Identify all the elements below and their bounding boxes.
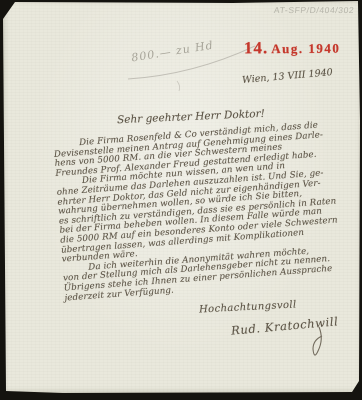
letter-body: Die Firma Rosenfeld & Co verständigt mic… bbox=[53, 121, 332, 303]
handwritten-date: Wien, 13 VIII 1940 bbox=[242, 67, 333, 86]
signature: Rud. Kratochwill bbox=[231, 314, 339, 337]
date-stamp: 14.Aug. 1940 bbox=[244, 38, 341, 59]
closing: Hochachtungsvoll bbox=[199, 299, 297, 315]
letter-paper: AT-SFP/D/404/302 800.— zu Hd 14.Aug. 194… bbox=[3, 1, 360, 393]
archive-reference: AT-SFP/D/404/302 bbox=[273, 5, 354, 15]
salutation: Sehr geehrter Herr Doktor! bbox=[117, 108, 265, 126]
stamp-day: 14. bbox=[244, 38, 268, 57]
scanned-letter-screenshot: AT-SFP/D/404/302 800.— zu Hd 14.Aug. 194… bbox=[0, 0, 362, 400]
stamp-month-year: Aug. 1940 bbox=[271, 41, 340, 57]
pencil-annotation: 800.— zu Hd bbox=[130, 39, 214, 65]
